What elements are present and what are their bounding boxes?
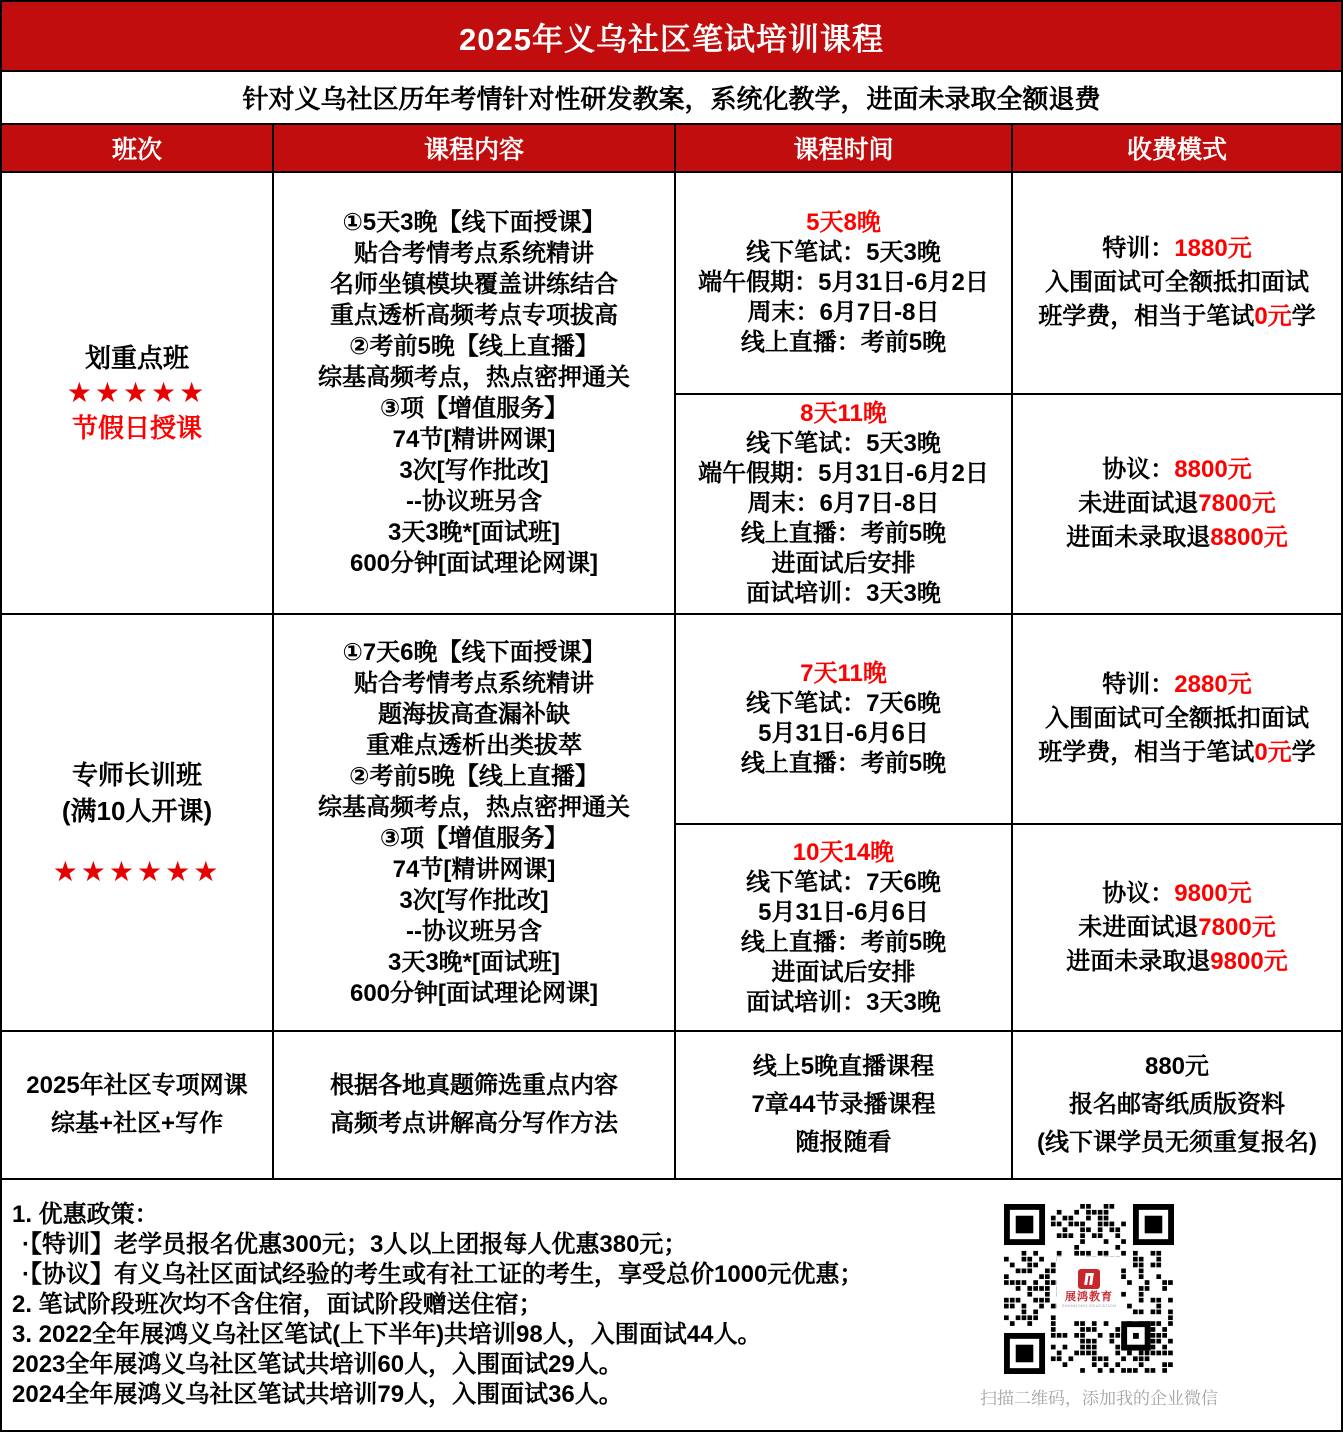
col-header-class: 班次 [2,125,274,173]
fee-line: 入围面试可全额抵扣面试 [1045,702,1309,736]
fee-line: 未进面试退7800元 [1078,487,1275,521]
fee-line: 特训：1880元 [1102,232,1251,266]
row1-class-name: 划重点班 [85,340,189,376]
qr-logo-text: 展鸿教育 [1065,1291,1113,1303]
fee-line: 特训：2880元 [1102,668,1251,702]
note-line: ·【协议】有义乌社区面试经验的考生或有社工证的考生，享受总价1000元优惠； [12,1260,863,1290]
note-line: 3. 2022全年展鸿义乌社区笔试(上下半年)共培训98人，入围面试44人。 [12,1320,761,1350]
fee-line: 入围面试可全额抵扣面试 [1045,266,1309,300]
row2-content-cell: ①7天6晚【线下面授课】 贴合考情考点系统精讲 题海拔高查漏补缺 重难点透析出类… [274,615,676,1032]
row2-sub1-time-title: 7天11晚 [800,659,887,689]
row1-sub1-fee-cell: 特训：1880元 入围面试可全额抵扣面试 班学费，相当于笔试0元学 [1013,173,1341,395]
row2-sub1-time-cell: 7天11晚 线下笔试：7天6晚 5月31日-6月6日 线上直播：考前5晚 [676,615,1013,825]
qr-code: 展鸿教育 ZHANHONG EDUCATION [1004,1204,1174,1374]
fee-line: 协议：9800元 [1102,877,1251,911]
row1-sub2-fee-cell: 协议：8800元 未进面试退7800元 进面未录取退8800元 [1013,395,1341,615]
note-line: 2. 笔试阶段班次均不含住宿，面试阶段赠送住宿； [12,1290,543,1320]
row1-sub1-time-cell: 5天8晚 线下笔试：5天3晚 端午假期：5月31日-6月2日 周末：6月7日-8… [676,173,1013,395]
note-line: 2024全年展鸿义乌社区笔试共培训79人，入围面试36人。 [12,1380,623,1410]
subtitle: 针对义乌社区历年考情针对性研发教案，系统化教学，进面未录取全额退费 [2,72,1341,125]
qr-logo-subtext: ZHANHONG EDUCATION [1062,1303,1116,1309]
row2-class-cell: 专师长训班 (满10人开课) ★★★★★★ [2,615,274,1032]
col-header-fee: 收费模式 [1013,125,1341,173]
fee-line: 未进面试退7800元 [1078,911,1275,945]
note-line: 1. 优惠政策： [12,1200,159,1230]
row3-time-cell: 线上5晚直播课程 7章44节录播课程 随报随看 [676,1032,1013,1180]
row1-sub1-time-body: 线下笔试：5天3晚 端午假期：5月31日-6月2日 周末：6月7日-8日 线上直… [698,238,989,358]
note-line: 2023全年展鸿义乌社区笔试共培训60人，入围面试29人。 [12,1350,623,1380]
course-table: 2025年义乌社区笔试培训课程 针对义乌社区历年考情针对性研发教案，系统化教学，… [0,0,1343,1432]
note-line: ·【特训】老学员报名优惠300元；3人以上团报每人优惠380元； [12,1230,687,1260]
row3-class-cell: 2025年社区专项网课 综基+社区+写作 [2,1032,274,1180]
row2-class-name: 专师长训班 [72,757,202,793]
row1-class-stars: ★★★★★ [67,376,208,410]
row1-class-note: 节假日授课 [72,410,202,446]
col-header-time: 课程时间 [676,125,1013,173]
row3-fee-cell: 880元 报名邮寄纸质版资料 (线下课学员无须重复报名) [1013,1032,1341,1180]
fee-line: 进面未录取退8800元 [1066,521,1287,555]
row2-sub2-time-cell: 10天14晚 线下笔试：7天6晚 5月31日-6月6日 线上直播：考前5晚 进面… [676,825,1013,1032]
row2-class-name2: (满10人开课) [62,793,212,829]
fee-line: 班学费，相当于笔试0元学 [1038,300,1315,334]
qr-logo: 展鸿教育 ZHANHONG EDUCATION [1057,1257,1121,1321]
row2-sub2-time-title: 10天14晚 [793,838,894,868]
fee-line: 班学费，相当于笔试0元学 [1038,736,1315,770]
fee-line: 协议：8800元 [1102,453,1251,487]
fee-line: 进面未录取退9800元 [1066,945,1287,979]
row1-sub2-time-body: 线下笔试：5天3晚 端午假期：5月31日-6月2日 周末：6月7日-8日 线上直… [698,429,989,609]
zhanhong-logo-icon [1078,1269,1100,1289]
row2-sub1-fee-cell: 特训：2880元 入围面试可全额抵扣面试 班学费，相当于笔试0元学 [1013,615,1341,825]
page-title: 2025年义乌社区笔试培训课程 [2,2,1341,72]
row1-sub2-time-title: 8天11晚 [800,399,887,429]
row1-sub2-time-cell: 8天11晚 线下笔试：5天3晚 端午假期：5月31日-6月2日 周末：6月7日-… [676,395,1013,615]
row1-content-cell: ①5天3晚【线下面授课】 贴合考情考点系统精讲 名师坐镇模块覆盖讲练结合 重点透… [274,173,676,615]
row1-sub1-time-title: 5天8晚 [806,208,881,238]
notes-section: 1. 优惠政策： ·【特训】老学员报名优惠300元；3人以上团报每人优惠380元… [2,1180,1341,1430]
col-header-content: 课程内容 [274,125,676,173]
row2-sub2-fee-cell: 协议：9800元 未进面试退7800元 进面未录取退9800元 [1013,825,1341,1032]
row2-sub2-time-body: 线下笔试：7天6晚 5月31日-6月6日 线上直播：考前5晚 进面试后安排 面试… [741,868,946,1018]
row2-class-stars: ★★★★★★ [53,855,222,889]
row3-content-cell: 根据各地真题筛选重点内容 高频考点讲解高分写作方法 [274,1032,676,1180]
qr-caption: 扫描二维码，添加我的企业微信 [980,1384,1200,1414]
row1-class-cell: 划重点班 ★★★★★ 节假日授课 [2,173,274,615]
row2-sub1-time-body: 线下笔试：7天6晚 5月31日-6月6日 线上直播：考前5晚 [741,689,946,779]
